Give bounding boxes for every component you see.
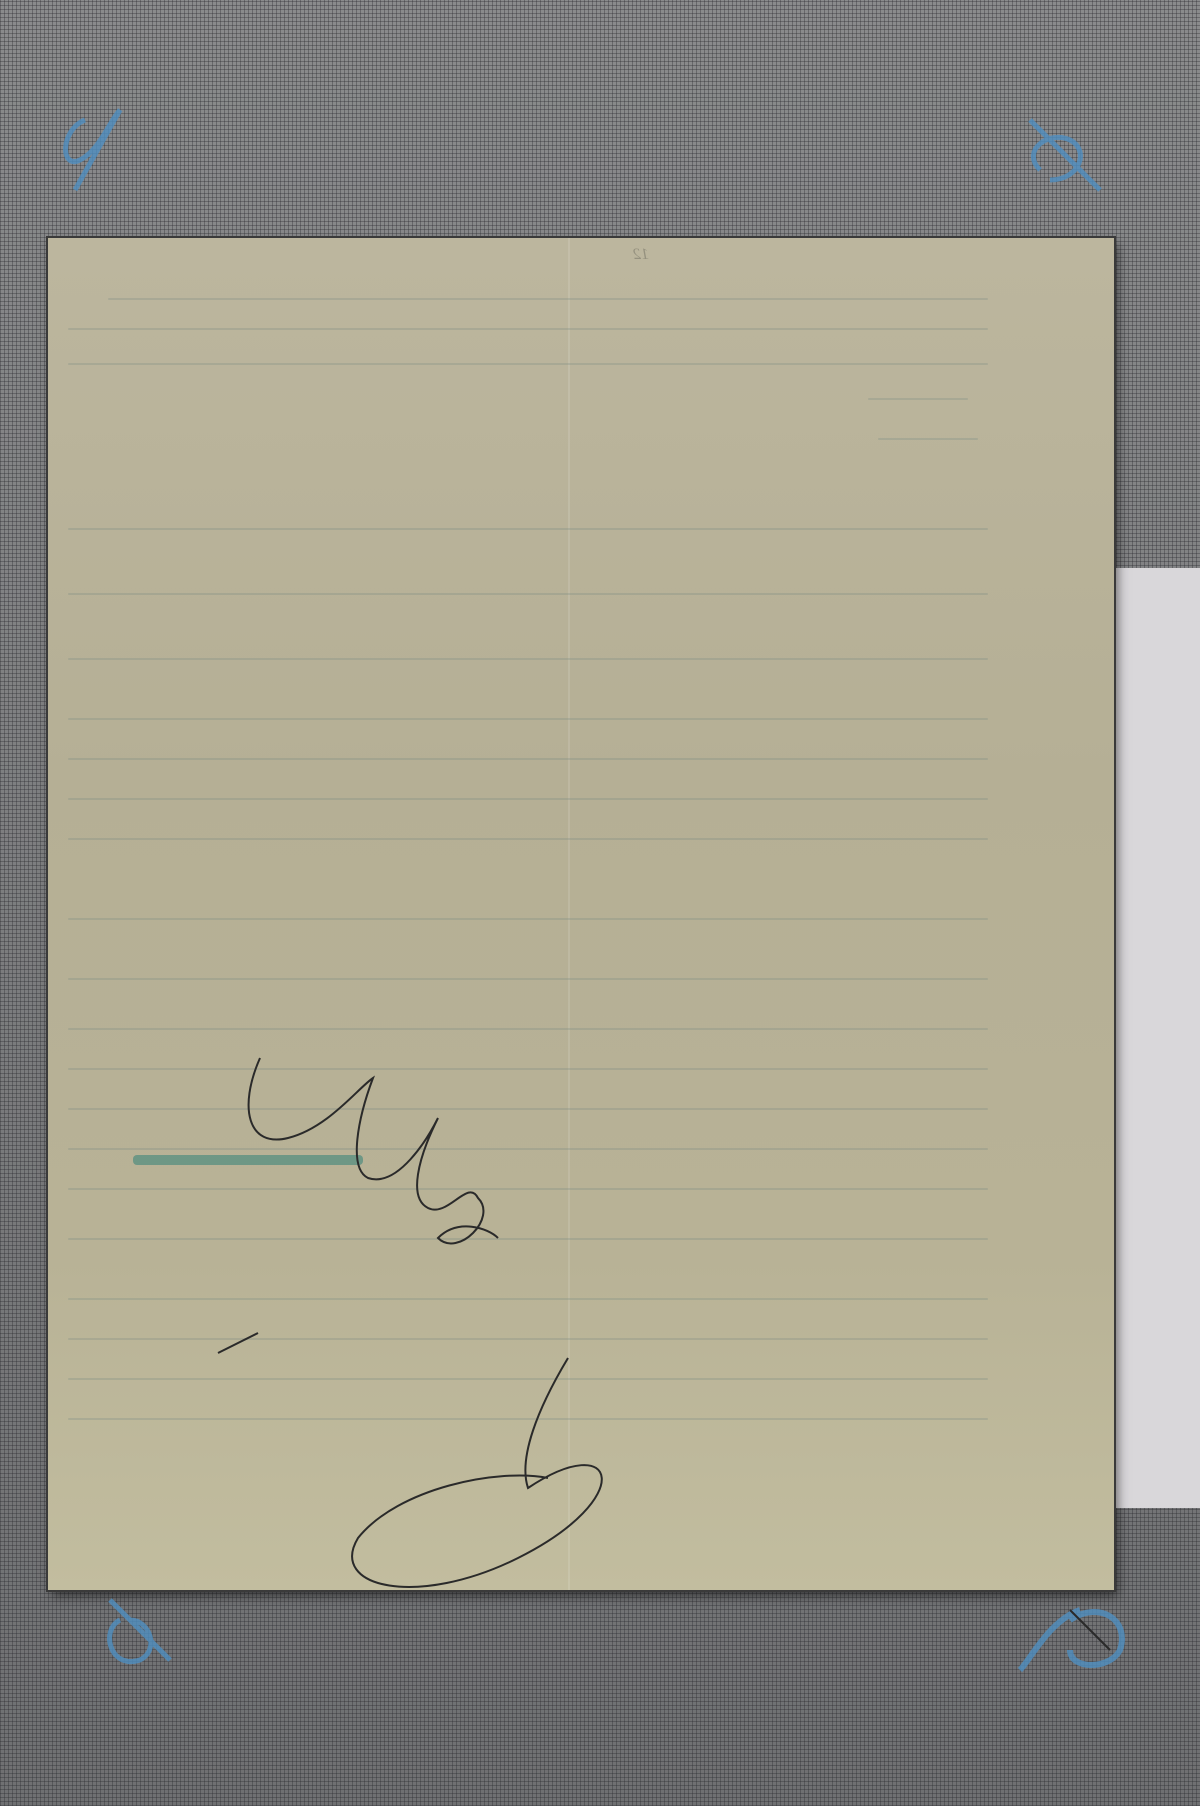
bleed-line xyxy=(68,978,988,980)
bleed-line xyxy=(108,298,988,300)
bleed-line xyxy=(68,838,988,840)
bleed-line xyxy=(68,528,988,530)
letter-sheet: 12 xyxy=(48,238,1114,1590)
corner-crayon-mark-top-left xyxy=(50,100,130,200)
corner-crayon-mark-top-right xyxy=(1010,100,1120,200)
bleed-line xyxy=(68,363,988,365)
bleed-line xyxy=(68,918,988,920)
corner-crayon-mark-bottom-left xyxy=(90,1590,190,1680)
page-number: 12 xyxy=(633,246,649,264)
bleed-line xyxy=(68,718,988,720)
bleed-line xyxy=(68,758,988,760)
bleed-line xyxy=(68,328,988,330)
bleed-line xyxy=(68,593,988,595)
bleed-line xyxy=(68,798,988,800)
pencil-signature xyxy=(198,1028,678,1608)
corner-crayon-mark-bottom-right xyxy=(1010,1590,1140,1680)
backing-card xyxy=(1100,568,1200,1508)
bleed-line xyxy=(878,438,978,440)
bleed-line xyxy=(68,658,988,660)
bleed-line xyxy=(868,398,968,400)
